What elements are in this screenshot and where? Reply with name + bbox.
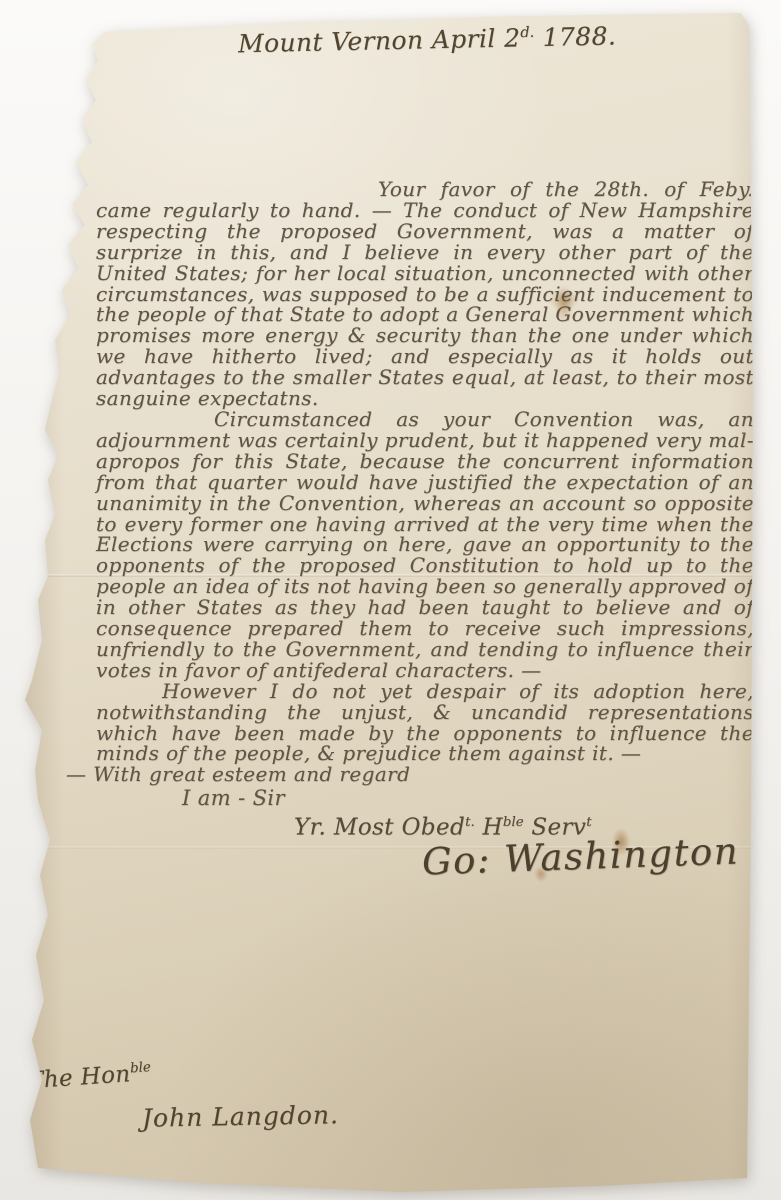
esteem-line: — With great esteem and regard <box>66 764 754 785</box>
servant-line-superscript: t. <box>465 815 475 830</box>
salutation: Sir, <box>43 92 83 121</box>
signature-row: Go: Washington <box>422 847 754 873</box>
servant-line-text: Yr. Most Obed <box>294 815 465 841</box>
dateline-text: Mount Vernon April 2 <box>238 23 521 58</box>
dateline-superscript: d. <box>520 25 534 41</box>
letter-body: Your favor of the 28th. of Feby. came re… <box>96 179 754 873</box>
body-paragraph-3: However I do not yet despair of its adop… <box>96 681 754 765</box>
signature: Go: Washington <box>422 841 740 873</box>
address-name: John Langdon. <box>142 1100 339 1132</box>
letter-paper: Mount Vernon April 2d. 1788. Sir, Your f… <box>0 0 781 1200</box>
address-honorific-superscript: ble <box>130 1060 152 1076</box>
letter-dateline: Mount Vernon April 2d. 1788. <box>238 19 748 59</box>
body-paragraph-1: Your favor of the 28th. of Feby. came re… <box>96 179 754 409</box>
letter-photo-background: Mount Vernon April 2d. 1788. Sir, Your f… <box>0 0 781 1200</box>
address-honorific-text: The Hon <box>27 1061 131 1094</box>
address-honorific: The Honble <box>27 1060 152 1095</box>
body-paragraph-2: Circumstanced as your Convention was, an… <box>96 409 754 681</box>
servant-line-superscript: ble <box>503 815 524 830</box>
paper-shadow: Mount Vernon April 2d. 1788. Sir, Your f… <box>0 0 781 1200</box>
i-am-line: I am - Sir <box>182 788 754 809</box>
servant-line-superscript: t <box>586 815 591 830</box>
dateline-year: 1788. <box>534 21 617 52</box>
